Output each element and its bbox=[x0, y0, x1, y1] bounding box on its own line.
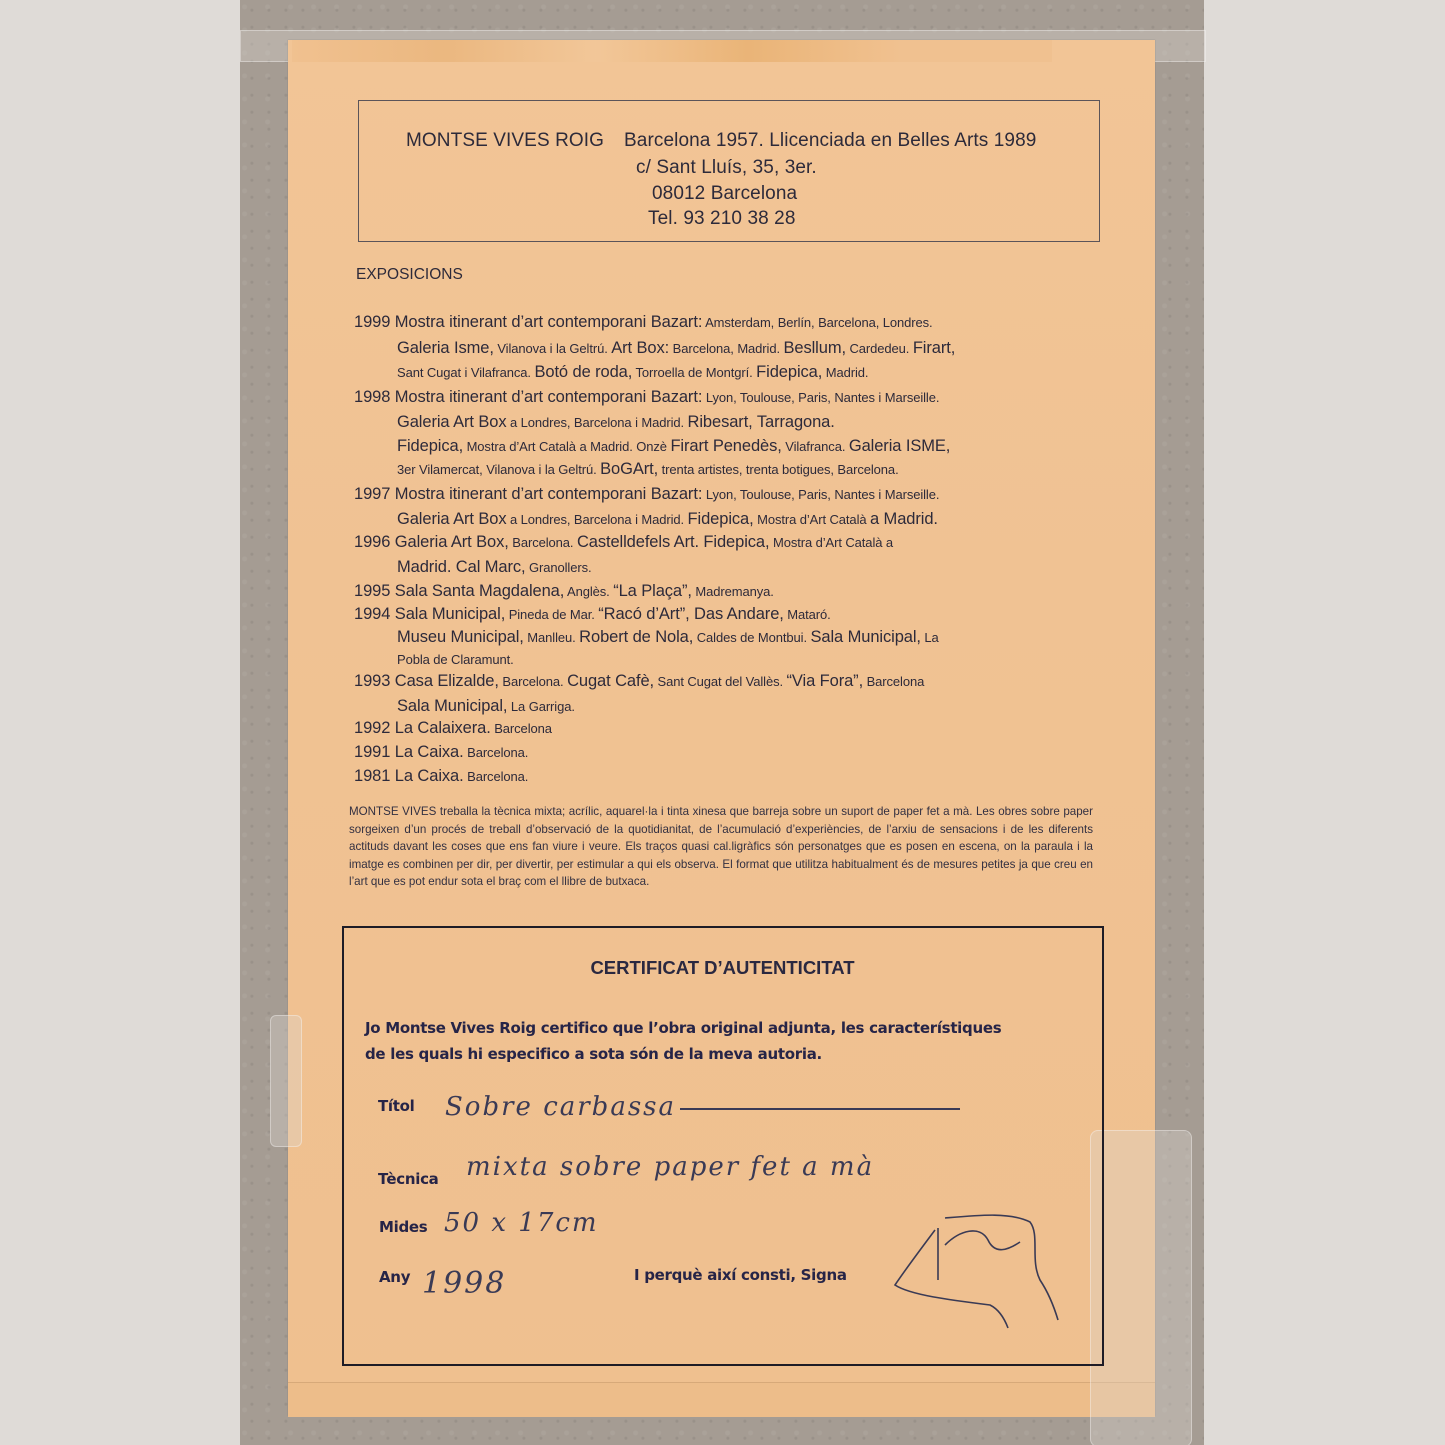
exhibition-line: 1993 Casa Elizalde, Barcelona. Cugat Caf… bbox=[354, 672, 924, 691]
exhibition-location: Mostra d’Art Català bbox=[754, 512, 870, 527]
title-value: Sobre carbassa bbox=[445, 1092, 676, 1122]
exhibition-venue: Art Box: bbox=[611, 339, 669, 357]
exhibitions-heading: EXPOSICIONS bbox=[356, 266, 463, 284]
exhibition-venue: 1999 Mostra itinerant d’art contemporani… bbox=[354, 313, 702, 331]
title-underline bbox=[680, 1108, 960, 1110]
exhibition-location: Granollers. bbox=[526, 560, 592, 575]
exhibition-location: Lyon, Toulouse, Paris, Nantes i Marseill… bbox=[702, 487, 939, 502]
exhibition-venue: Ribesart, Tarragona. bbox=[688, 413, 835, 431]
exhibition-location: La bbox=[921, 630, 939, 645]
size-value: 50 x 17cm bbox=[444, 1208, 599, 1238]
tape-bottom-right bbox=[1090, 1130, 1192, 1445]
size-label: Mides bbox=[379, 1218, 427, 1236]
exhibition-line: 1995 Sala Santa Magdalena, Anglès. “La P… bbox=[354, 582, 774, 601]
exhibition-line: Galeria Isme, Vilanova i la Geltrú. Art … bbox=[397, 339, 955, 358]
exhibition-venue: Sala Municipal, bbox=[397, 697, 507, 715]
exhibition-location: La Garriga. bbox=[507, 699, 574, 714]
exhibition-location: Caldes de Montbui. bbox=[693, 630, 810, 645]
exhibition-location: Sant Cugat del Vallès. bbox=[654, 674, 787, 689]
exhibition-line: 1999 Mostra itinerant d’art contemporani… bbox=[354, 313, 933, 332]
exhibition-venue: Fidepica, bbox=[688, 510, 754, 528]
year-value: 1998 bbox=[422, 1266, 506, 1301]
exhibition-location: Amsterdam, Berlín, Barcelona, Londres. bbox=[702, 315, 932, 330]
exhibition-line: Museu Municipal, Manlleu. Robert de Nola… bbox=[397, 628, 939, 647]
exhibition-line: 1994 Sala Municipal, Pineda de Mar. “Rac… bbox=[354, 605, 831, 624]
exhibition-location: Pobla de Claramunt. bbox=[397, 652, 514, 667]
exhibition-venue: Galeria Isme, bbox=[397, 339, 494, 357]
artist-phone: Tel. 93 210 38 28 bbox=[648, 208, 795, 230]
exhibition-location: Pineda de Mar. bbox=[505, 607, 598, 622]
exhibition-location: Mostra d’Art Català a bbox=[769, 535, 893, 550]
exhibition-location: 3er Vilamercat, Vilanova i la Geltrú. bbox=[397, 462, 600, 477]
exhibition-location: Cardedeu. bbox=[846, 341, 913, 356]
exhibition-venue: Fidepica, bbox=[397, 437, 463, 455]
exhibition-venue: Sala Municipal, bbox=[811, 628, 921, 646]
paper-top-fold bbox=[292, 40, 1052, 62]
exhibition-venue: Galeria ISME, bbox=[849, 437, 950, 455]
exhibition-location: Madrid. bbox=[822, 365, 868, 380]
certificate-title: CERTIFICAT D’AUTENTICITAT bbox=[0, 957, 1445, 979]
exhibition-venue: 1997 Mostra itinerant d’art contemporani… bbox=[354, 485, 702, 503]
exhibition-venue: “La Plaça”, bbox=[613, 582, 692, 600]
exhibition-venue: Botó de roda, bbox=[534, 363, 632, 381]
technique-value: mixta sobre paper fet a mà bbox=[466, 1152, 874, 1182]
exhibition-venue: 1992 La Calaixera. bbox=[354, 719, 491, 737]
exhibition-venue: Galeria Art Box bbox=[397, 510, 506, 528]
exhibition-venue: Firart Penedès, bbox=[670, 437, 781, 455]
exhibition-line: 1991 La Caixa. Barcelona. bbox=[354, 743, 528, 762]
exhibition-venue: Madrid. Cal Marc, bbox=[397, 558, 526, 576]
exhibition-line: 1997 Mostra itinerant d’art contemporani… bbox=[354, 485, 939, 504]
exhibition-venue: BoGArt, bbox=[600, 460, 658, 478]
exhibition-location: Anglès. bbox=[564, 584, 613, 599]
title-label: Títol bbox=[378, 1097, 415, 1115]
exhibition-location: Barcelona bbox=[863, 674, 924, 689]
exhibition-location: Barcelona. bbox=[464, 769, 529, 784]
exhibition-venue: Castelldefels Art. Fidepica, bbox=[577, 533, 770, 551]
exhibition-venue: 1994 Sala Municipal, bbox=[354, 605, 505, 623]
exhibition-location: trenta artistes, trenta botigues, Barcel… bbox=[658, 462, 898, 477]
exhibition-venue: Cugat Cafè, bbox=[567, 672, 654, 690]
exhibition-line: Sala Municipal, La Garriga. bbox=[397, 697, 575, 716]
exhibition-venue: Galeria Art Box bbox=[397, 413, 506, 431]
artist-name: MONTSE VIVES ROIG bbox=[406, 130, 604, 152]
exhibition-line: 1998 Mostra itinerant d’art contemporani… bbox=[354, 388, 939, 407]
exhibition-location: Torroella de Montgrí. bbox=[632, 365, 756, 380]
exhibition-location: Lyon, Toulouse, Paris, Nantes i Marseill… bbox=[702, 390, 939, 405]
exhibition-location: Manlleu. bbox=[524, 630, 579, 645]
paper-bottom-fold bbox=[288, 1382, 1155, 1417]
exhibition-venue: a Madrid. bbox=[870, 510, 938, 528]
exhibition-location: Mostra d’Art Català a Madrid. Onzè bbox=[463, 439, 670, 454]
exhibition-venue: Firart, bbox=[913, 339, 955, 357]
exhibition-line: Galeria Art Box a Londres, Barcelona i M… bbox=[397, 413, 835, 432]
exhibition-line: Galeria Art Box a Londres, Barcelona i M… bbox=[397, 510, 938, 529]
exhibition-location: Barcelona. bbox=[499, 674, 567, 689]
exhibition-location: Vilanova i la Geltrú. bbox=[494, 341, 611, 356]
exhibition-location: a Londres, Barcelona i Madrid. bbox=[506, 512, 687, 527]
exhibition-line: Madrid. Cal Marc, Granollers. bbox=[397, 558, 592, 577]
exhibition-venue: 1981 La Caixa. bbox=[354, 767, 464, 785]
exhibition-line: Sant Cugat i Vilafranca. Botó de roda, T… bbox=[397, 363, 868, 382]
exhibition-line: 1992 La Calaixera. Barcelona bbox=[354, 719, 552, 738]
technique-label: Tècnica bbox=[378, 1170, 438, 1188]
exhibition-location: Barcelona, Madrid. bbox=[669, 341, 783, 356]
bio-paragraph: MONTSE VIVES treballa la tècnica mixta; … bbox=[349, 803, 1093, 891]
exhibition-venue: 1991 La Caixa. bbox=[354, 743, 464, 761]
exhibition-location: Barcelona. bbox=[464, 745, 529, 760]
exhibition-line: 1996 Galeria Art Box, Barcelona. Castell… bbox=[354, 533, 893, 552]
signature-icon bbox=[890, 1210, 1060, 1330]
exhibition-venue: “Racó d’Art”, Das Andare, bbox=[598, 605, 784, 623]
exhibition-location: Sant Cugat i Vilafranca. bbox=[397, 365, 534, 380]
exhibition-venue: 1993 Casa Elizalde, bbox=[354, 672, 499, 690]
exhibition-location: Barcelona. bbox=[509, 535, 577, 550]
exhibition-venue: 1998 Mostra itinerant d’art contemporani… bbox=[354, 388, 702, 406]
sign-text: I perquè així consti, Signa bbox=[634, 1266, 847, 1284]
exhibition-location: a Londres, Barcelona i Madrid. bbox=[506, 415, 687, 430]
exhibition-location: Barcelona bbox=[491, 721, 552, 736]
artist-bio-line: Barcelona 1957. Llicenciada en Belles Ar… bbox=[624, 130, 1036, 152]
exhibition-line: Fidepica, Mostra d’Art Català a Madrid. … bbox=[397, 437, 950, 456]
exhibition-venue: Museu Municipal, bbox=[397, 628, 524, 646]
year-label: Any bbox=[379, 1268, 410, 1286]
exhibition-venue: 1996 Galeria Art Box, bbox=[354, 533, 509, 551]
exhibition-venue: “Via Fora”, bbox=[787, 672, 864, 690]
exhibition-line: 3er Vilamercat, Vilanova i la Geltrú. Bo… bbox=[397, 460, 899, 479]
tape-left bbox=[270, 1015, 302, 1147]
exhibition-venue: 1995 Sala Santa Magdalena, bbox=[354, 582, 564, 600]
certificate-statement-1: Jo Montse Vives Roig certifico que l’obr… bbox=[365, 1019, 1001, 1037]
artist-street: c/ Sant Lluís, 35, 3er. bbox=[636, 157, 817, 179]
exhibition-location: Mataró. bbox=[784, 607, 831, 622]
exhibition-venue: Robert de Nola, bbox=[579, 628, 693, 646]
exhibition-venue: Fidepica, bbox=[756, 363, 822, 381]
artist-city: 08012 Barcelona bbox=[652, 183, 797, 205]
exhibition-venue: Besllum, bbox=[783, 339, 845, 357]
certificate-statement-2: de les quals hi especifico a sota són de… bbox=[365, 1045, 822, 1063]
exhibition-location: Madremanya. bbox=[692, 584, 774, 599]
exhibition-location: Vilafranca. bbox=[782, 439, 849, 454]
exhibition-line: Pobla de Claramunt. bbox=[397, 650, 514, 669]
exhibition-line: 1981 La Caixa. Barcelona. bbox=[354, 767, 528, 786]
